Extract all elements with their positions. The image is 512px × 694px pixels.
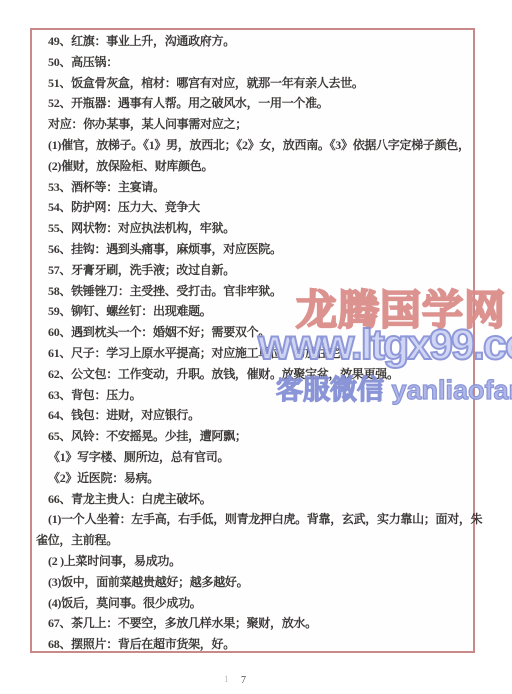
text-line: 51、饭盒骨灰盒，棺材：哪宫有对应，就那一年有亲人去世。	[36, 73, 482, 94]
text-line: 52、开瓶器：遇事有人帮。用之破风水，一用一个准。	[36, 93, 482, 114]
text-line: (2)催财，放保险柜、财库颜色。	[36, 156, 482, 177]
text-line: 54、防护网：压力大、竞争大	[36, 197, 482, 218]
text-line: 雀位，主前程。	[36, 530, 482, 551]
text-line: 61、尺子：学习上原水平提高；对应施工单位、勿放住宅。	[36, 343, 482, 364]
text-line: 50、高压锅：	[36, 52, 482, 73]
text-line: 68、摆照片：背后在超市货架，好。	[36, 634, 482, 655]
text-line: (4)饭后，莫问事。很少成功。	[36, 593, 482, 614]
text-line: 《1》写字楼、厕所边，总有官司。	[36, 447, 482, 468]
text-line: (2 )上菜时问事，易成功。	[36, 551, 482, 572]
text-line: 67、茶几上：不要空，多放几样水果；聚财，放水。	[36, 613, 482, 634]
text-line: 66、青龙主贵人：白虎主破坏。	[36, 489, 482, 510]
text-line: 53、酒杯等：主宴请。	[36, 177, 482, 198]
text-line: 56、挂钩：遇到头痛事，麻烦事，对应医院。	[36, 239, 482, 260]
text-line: 65、风铃：不安摇晃。少挂，遭阿飘；	[36, 426, 482, 447]
text-line: 59、铆钉、螺丝钉：出现难题。	[36, 301, 482, 322]
text-line: (1)一个人坐着：左手高，右手低，则青龙押白虎。背靠，玄武，实力靠山；面对，朱	[36, 509, 482, 530]
text-line: (1)催官，放梯子。《1》男，放西北；《2》女，放西南。《3》依据八字定梯子颜色…	[36, 135, 482, 156]
text-line: 63、背包：压力。	[36, 385, 482, 406]
text-line: (3)饭中，面前菜越贵越好；越多越好。	[36, 572, 482, 593]
text-line: 对应：你办某事，某人问事需对应之；	[36, 114, 482, 135]
text-line: 58、铁锤锉刀：主受挫、受打击。官非牢狱。	[36, 281, 482, 302]
text-line: 《2》近医院：易病。	[36, 468, 482, 489]
footer-artifact: 1	[224, 674, 229, 684]
document-body: 49、红旗：事业上升，沟通政府方。50、高压锅：51、饭盒骨灰盒，棺材：哪宫有对…	[36, 31, 482, 655]
text-line: 55、网状物：对应执法机构，牢狱。	[36, 218, 482, 239]
text-line: 57、牙膏牙刷，洗手液；改过自新。	[36, 260, 482, 281]
text-line: 60、遇到枕头一个：婚姻不好；需要双个。	[36, 322, 482, 343]
text-line: 64、钱包：进财，对应银行。	[36, 405, 482, 426]
text-line: 62、公文包：工作变动，升职。放钱，催财。放聚宝盆，效果更强。	[36, 364, 482, 385]
page-number: 7	[241, 675, 246, 686]
text-line: 49、红旗：事业上升，沟通政府方。	[36, 31, 482, 52]
